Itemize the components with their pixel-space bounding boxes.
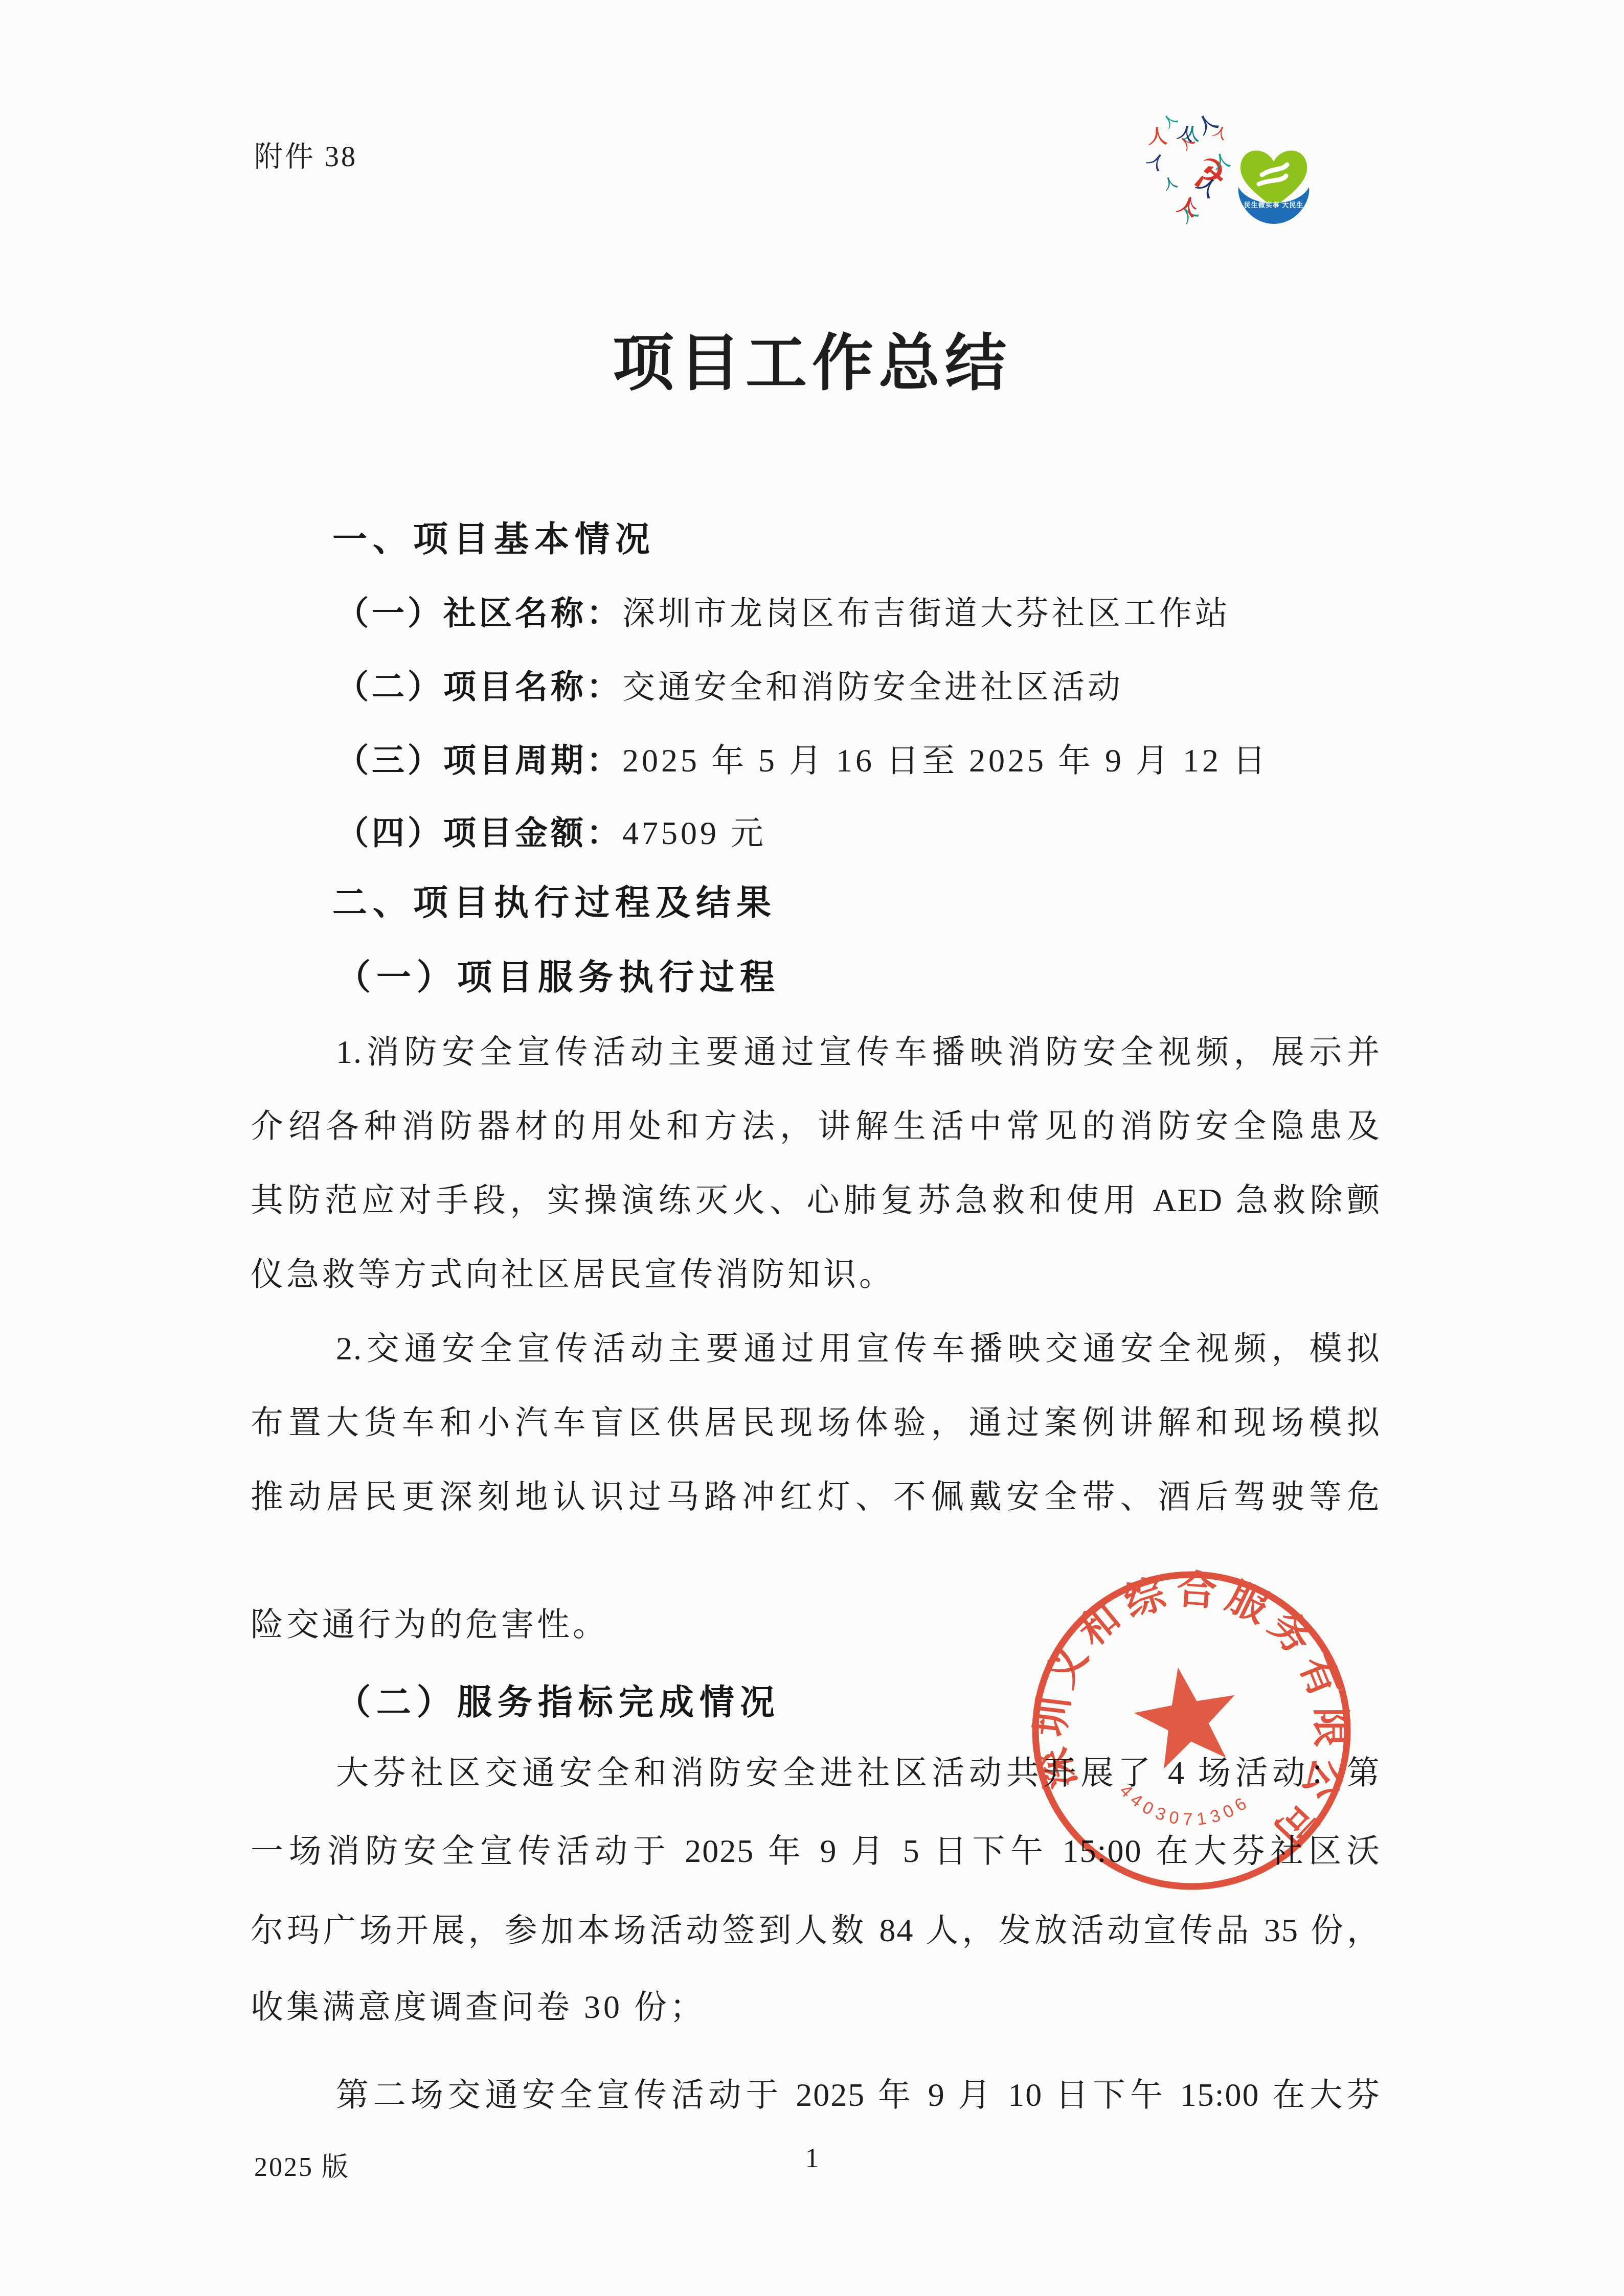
minsheng-caption: 民生微实事 大民生 [1244,201,1304,209]
para1-line2: 介绍各种消防器材的用处和方法，讲解生活中常见的消防安全隐患及 [251,1107,1381,1146]
para3-line4: 收集满意度调查问卷 30 份； [251,1988,706,2027]
item-period-value: 2025 年 5 月 16 日至 2025 年 9 月 12 日 [622,742,1269,779]
seal-star-icon [1134,1668,1235,1769]
item-amount-label: （四）项目金额： [336,814,622,851]
item-project: （二）项目名称：交通安全和消防安全进社区活动 [336,668,1123,707]
person-figure-icon: 人 [1145,150,1168,173]
para3-line3: 尔玛广场开展，参加本场活动签到人数 84 人，发放活动宣传品 35 份， [251,1911,1381,1950]
page-title: 项目工作总结 [0,314,1624,402]
attachment-label: 附件 38 [254,134,357,175]
item-project-label: （二）项目名称： [336,668,622,705]
person-figure-icon: 人 [1162,176,1179,193]
para2-line2: 布置大货车和小汽车盲区供居民现场体验，通过案例讲解和现场模拟 [251,1403,1381,1442]
item-project-value: 交通安全和消防安全进社区活动 [622,669,1123,705]
item-period: （三）项目周期：2025 年 5 月 16 日至 2025 年 9 月 12 日 [336,741,1269,780]
heading-1: 一、项目基本情况 [332,519,656,560]
document-page: 附件 38 ☭ 人人人人人人人人人人人人人人 民生微实事 大民生 项目工作总结 … [0,0,1624,2296]
heading-2: 二、项目执行过程及结果 [332,882,777,923]
person-figure-icon: 人 [1148,127,1168,147]
para2-line1: 2.交通安全宣传活动主要通过用宣传车播映交通安全视频，模拟 [336,1329,1381,1368]
para2-line4: 险交通行为的危害性。 [251,1605,608,1644]
item-community-value: 深圳市龙岗区布吉街道大芬社区工作站 [622,595,1231,631]
para1-line3: 其防范应对手段，实操演练灭火、心肺复苏急救和使用 AED 急救除颤 [251,1181,1381,1220]
minsheng-logo: 民生微实事 大民生 [1233,142,1314,233]
item-period-label: （三）项目周期： [336,742,622,779]
subheading-2-2: （二）服务指标完成情况 [336,1682,780,1723]
para1-line1: 1.消防安全宣传活动主要通过宣传车播映消防安全视频，展示并 [336,1033,1381,1072]
para2-line3: 推动居民更深刻地认识过马路冲红灯、不佩戴安全带、酒后驾驶等危 [251,1477,1381,1516]
party-heart-logo: ☭ 人人人人人人人人人人人人人人 [1147,131,1236,233]
item-amount-value: 47509 元 [622,815,766,851]
company-seal: 深圳义和综合服务有限公司 4403071306 [1012,1552,1370,1909]
item-community: （一）社区名称：深圳市龙岗区布吉街道大芬社区工作站 [336,594,1231,633]
svg-text:4403071306: 4403071306 [1116,1781,1254,1829]
item-amount: （四）项目金额：47509 元 [336,814,766,853]
item-community-label: （一）社区名称： [336,595,622,631]
para1-line4: 仪急救等方式向社区居民宣传消防知识。 [251,1255,895,1294]
subheading-2-1: （一）项目服务执行过程 [336,957,780,998]
seal-registration-number: 4403071306 [1116,1781,1254,1829]
para4-line1: 第二场交通安全宣传活动于 2025 年 9 月 10 日下午 15:00 在大芬 [336,2076,1381,2115]
person-figure-icon: 人 [1212,151,1231,171]
footer-page-number: 1 [0,2142,1624,2174]
